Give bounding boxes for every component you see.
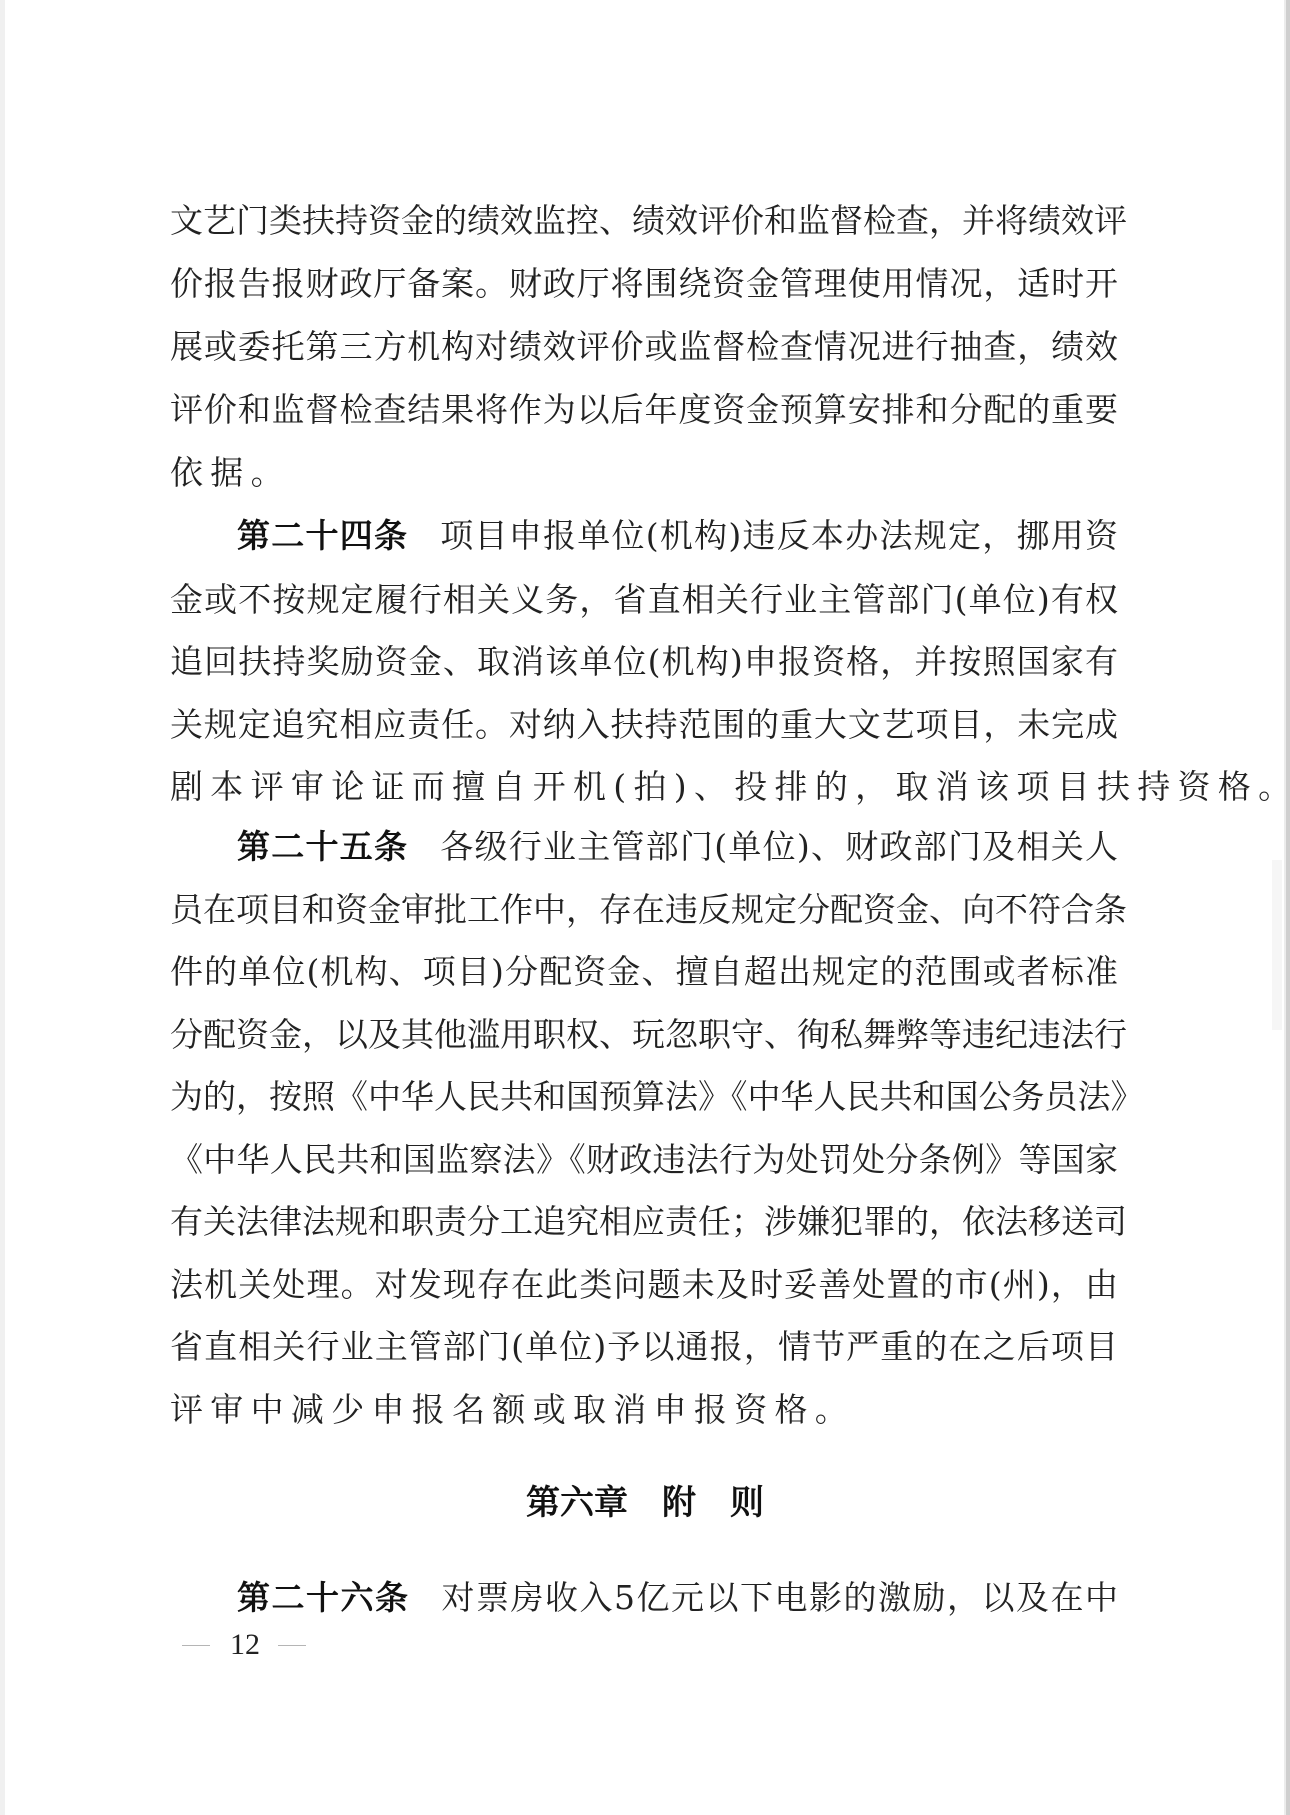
text-line: 《中华人民共和国监察法》《财政违法行为处罚处分条例》等国家 [170, 1140, 1118, 1180]
page-number: 12 [182, 1630, 306, 1660]
text-line: 关规定追究相应责任。对纳入扶持范围的重大文艺项目，未完成 [170, 705, 1118, 745]
chapter-heading: 第六章附则 [0, 1482, 1290, 1524]
article-first-line: 第二十四条项目申报单位(机构)违反本办法规定，挪用资 [237, 516, 1118, 556]
article-text: 各级行业主管部门(单位)、财政部门及相关人 [440, 827, 1118, 866]
page-number-dash-right [278, 1645, 306, 1646]
chapter-title-part: 附 [662, 1483, 696, 1523]
text-line: 评审中减少申报名额或取消申报资格。 [170, 1390, 1118, 1430]
page-right-edge [1286, 0, 1290, 1815]
text-line: 有关法律法规和职责分工追究相应责任；涉嫌犯罪的，依法移送司 [170, 1202, 1118, 1242]
text-line: 文艺门类扶持资金的绩效监控、绩效评价和监督检查，并将绩效评 [170, 201, 1118, 241]
page-edge-artifact [1272, 860, 1282, 1030]
text-line: 依据。 [170, 453, 1118, 493]
page-number-value: 12 [230, 1630, 260, 1660]
article-first-line: 第二十五条各级行业主管部门(单位)、财政部门及相关人 [237, 827, 1118, 867]
article-heading: 第二十四条 [237, 516, 408, 555]
article-first-line: 第二十六条对票房收入5亿元以下电影的激励，以及在中 [237, 1578, 1118, 1618]
page-number-dash-left [182, 1645, 210, 1646]
text-line: 分配资金，以及其他滥用职权、玩忽职守、徇私舞弊等违纪违法行 [170, 1015, 1118, 1055]
text-line: 员在项目和资金审批工作中，存在违反规定分配资金、向不符合条 [170, 890, 1118, 930]
article-heading: 第二十六条 [237, 1578, 410, 1617]
text-line: 法机关处理。对发现存在此类问题未及时妥善处置的市(州)，由 [170, 1265, 1118, 1305]
chapter-title-part: 则 [730, 1483, 764, 1523]
text-line: 评价和监督检查结果将作为以后年度资金预算安排和分配的重要 [170, 390, 1118, 430]
article-text: 对票房收入5亿元以下电影的激励，以及在中 [442, 1578, 1119, 1617]
text-line: 件的单位(机构、项目)分配资金、擅自超出规定的范围或者标准 [170, 952, 1118, 992]
text-line: 剧本评审论证而擅自开机(拍)、投排的，取消该项目扶持资格。 [170, 767, 1118, 807]
text-line: 省直相关行业主管部门(单位)予以通报，情节严重的在之后项目 [170, 1327, 1118, 1367]
page-left-edge [0, 0, 5, 1815]
text-line: 为的，按照《中华人民共和国预算法》《中华人民共和国公务员法》 [170, 1077, 1118, 1117]
text-line: 金或不按规定履行相关义务，省直相关行业主管部门(单位)有权 [170, 580, 1118, 620]
article-heading: 第二十五条 [237, 827, 408, 866]
text-line: 展或委托第三方机构对绩效评价或监督检查情况进行抽查，绩效 [170, 327, 1118, 367]
article-text: 项目申报单位(机构)违反本办法规定，挪用资 [440, 516, 1118, 555]
text-line: 价报告报财政厅备案。财政厅将围绕资金管理使用情况，适时开 [170, 264, 1118, 304]
text-line: 追回扶持奖励资金、取消该单位(机构)申报资格，并按照国家有 [170, 642, 1118, 682]
chapter-number: 第六章 [526, 1483, 628, 1523]
